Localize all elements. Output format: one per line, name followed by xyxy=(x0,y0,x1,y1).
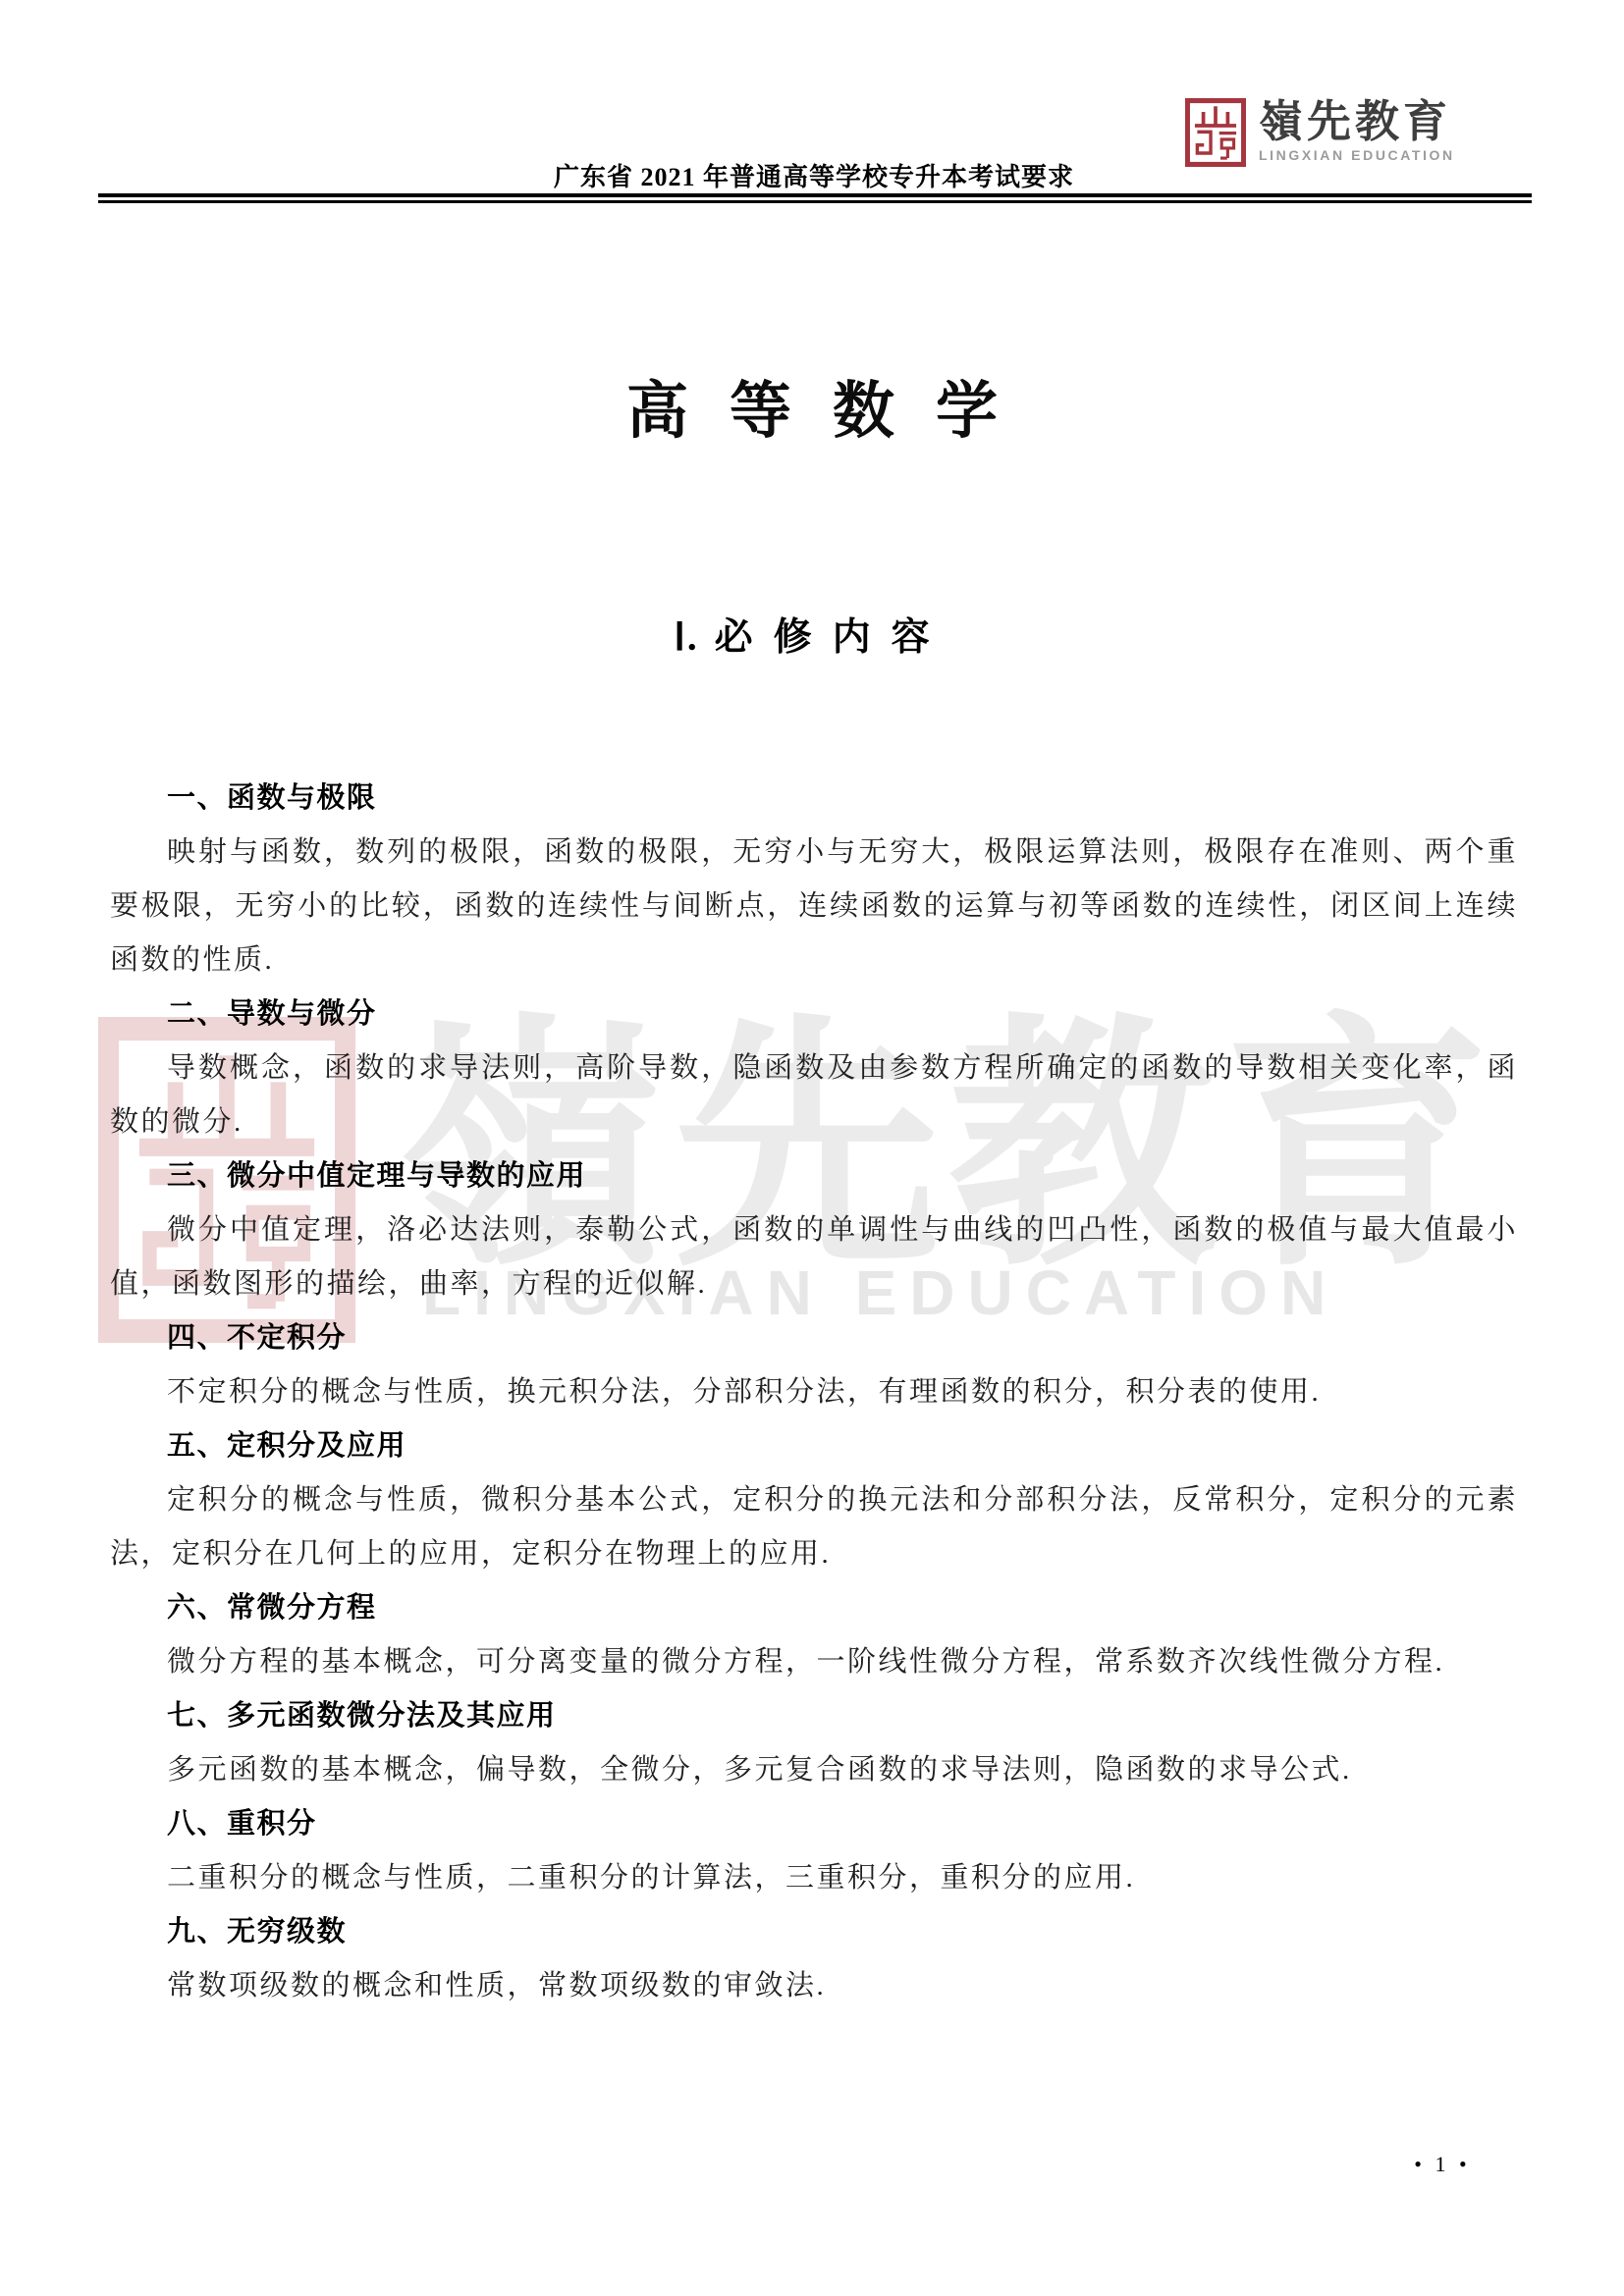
syllabus-section: 九、无穷级数 常数项级数的概念和性质，常数项级数的审敛法. xyxy=(110,1905,1518,2013)
section-heading: 六、常微分方程 xyxy=(110,1581,1518,1635)
syllabus-section: 二、导数与微分 导数概念，函数的求导法则，高阶导数，隐函数及由参数方程所确定的函… xyxy=(110,988,1518,1149)
section-heading: 四、不定积分 xyxy=(110,1311,1518,1365)
section-body: 二重积分的概念与性质，二重积分的计算法，三重积分，重积分的应用. xyxy=(110,1851,1518,1905)
divider-thin-line xyxy=(98,200,1532,203)
page-number: • 1 • xyxy=(1379,2152,1506,2177)
section-heading: 三、微分中值定理与导数的应用 xyxy=(110,1149,1518,1203)
divider-thick-line xyxy=(98,193,1532,197)
syllabus-section: 七、多元函数微分法及其应用 多元函数的基本概念，偏导数，全微分，多元复合函数的求… xyxy=(110,1689,1518,1797)
section-body: 不定积分的概念与性质，换元积分法，分部积分法，有理函数的积分，积分表的使用. xyxy=(110,1365,1518,1419)
section-heading: 一、函数与极限 xyxy=(110,772,1518,826)
section-body: 多元函数的基本概念，偏导数，全微分，多元复合函数的求导法则，隐函数的求导公式. xyxy=(110,1743,1518,1797)
logo-text: 嶺先教育 LINGXIAN EDUCATION xyxy=(1259,98,1455,163)
section-heading: 九、无穷级数 xyxy=(110,1905,1518,1959)
part-numeral: Ⅰ. xyxy=(674,616,698,659)
syllabus-section: 六、常微分方程 微分方程的基本概念，可分离变量的微分方程，一阶线性微分方程，常系… xyxy=(110,1581,1518,1689)
syllabus-section: 五、定积分及应用 定积分的概念与性质，微积分基本公式，定积分的换元法和分部积分法… xyxy=(110,1419,1518,1581)
section-heading: 五、定积分及应用 xyxy=(110,1419,1518,1473)
syllabus-content: 一、函数与极限 映射与函数，数列的极限，函数的极限，无穷小与无穷大，极限运算法则… xyxy=(110,772,1518,2013)
section-body: 定积分的概念与性质，微积分基本公式，定积分的换元法和分部积分法，反常积分，定积分… xyxy=(110,1473,1518,1581)
document-title: 高等数学 xyxy=(0,361,1624,451)
running-head: 广东省 2021 年普通高等学校专升本考试要求 xyxy=(98,157,1530,193)
part-label: 必修内容 xyxy=(715,616,950,659)
document-page: 嶺先教育 LINGXIAN EDUCATION 嶺先教育 LINGXIAN ED… xyxy=(0,0,1624,2296)
section-heading: 二、导数与微分 xyxy=(110,988,1518,1041)
section-heading: 七、多元函数微分法及其应用 xyxy=(110,1689,1518,1743)
section-body: 常数项级数的概念和性质，常数项级数的审敛法. xyxy=(110,1959,1518,2013)
section-body: 微分方程的基本概念，可分离变量的微分方程，一阶线性微分方程，常系数齐次线性微分方… xyxy=(110,1635,1518,1689)
syllabus-section: 一、函数与极限 映射与函数，数列的极限，函数的极限，无穷小与无穷大，极限运算法则… xyxy=(110,772,1518,988)
section-body: 微分中值定理，洛必达法则，泰勒公式，函数的单调性与曲线的凹凸性，函数的极值与最大… xyxy=(110,1203,1518,1311)
logo-name-cn: 嶺先教育 xyxy=(1259,98,1455,144)
syllabus-section: 四、不定积分 不定积分的概念与性质，换元积分法，分部积分法，有理函数的积分，积分… xyxy=(110,1311,1518,1419)
syllabus-section: 三、微分中值定理与导数的应用 微分中值定理，洛必达法则，泰勒公式，函数的单调性与… xyxy=(110,1149,1518,1311)
section-body: 导数概念，函数的求导法则，高阶导数，隐函数及由参数方程所确定的函数的导数相关变化… xyxy=(110,1041,1518,1149)
header-divider xyxy=(98,193,1532,203)
part-title: Ⅰ.必修内容 xyxy=(0,607,1624,662)
section-heading: 八、重积分 xyxy=(110,1797,1518,1851)
section-body: 映射与函数，数列的极限，函数的极限，无穷小与无穷大，极限运算法则，极限存在准则、… xyxy=(110,826,1518,988)
syllabus-section: 八、重积分 二重积分的概念与性质，二重积分的计算法，三重积分，重积分的应用. xyxy=(110,1797,1518,1905)
